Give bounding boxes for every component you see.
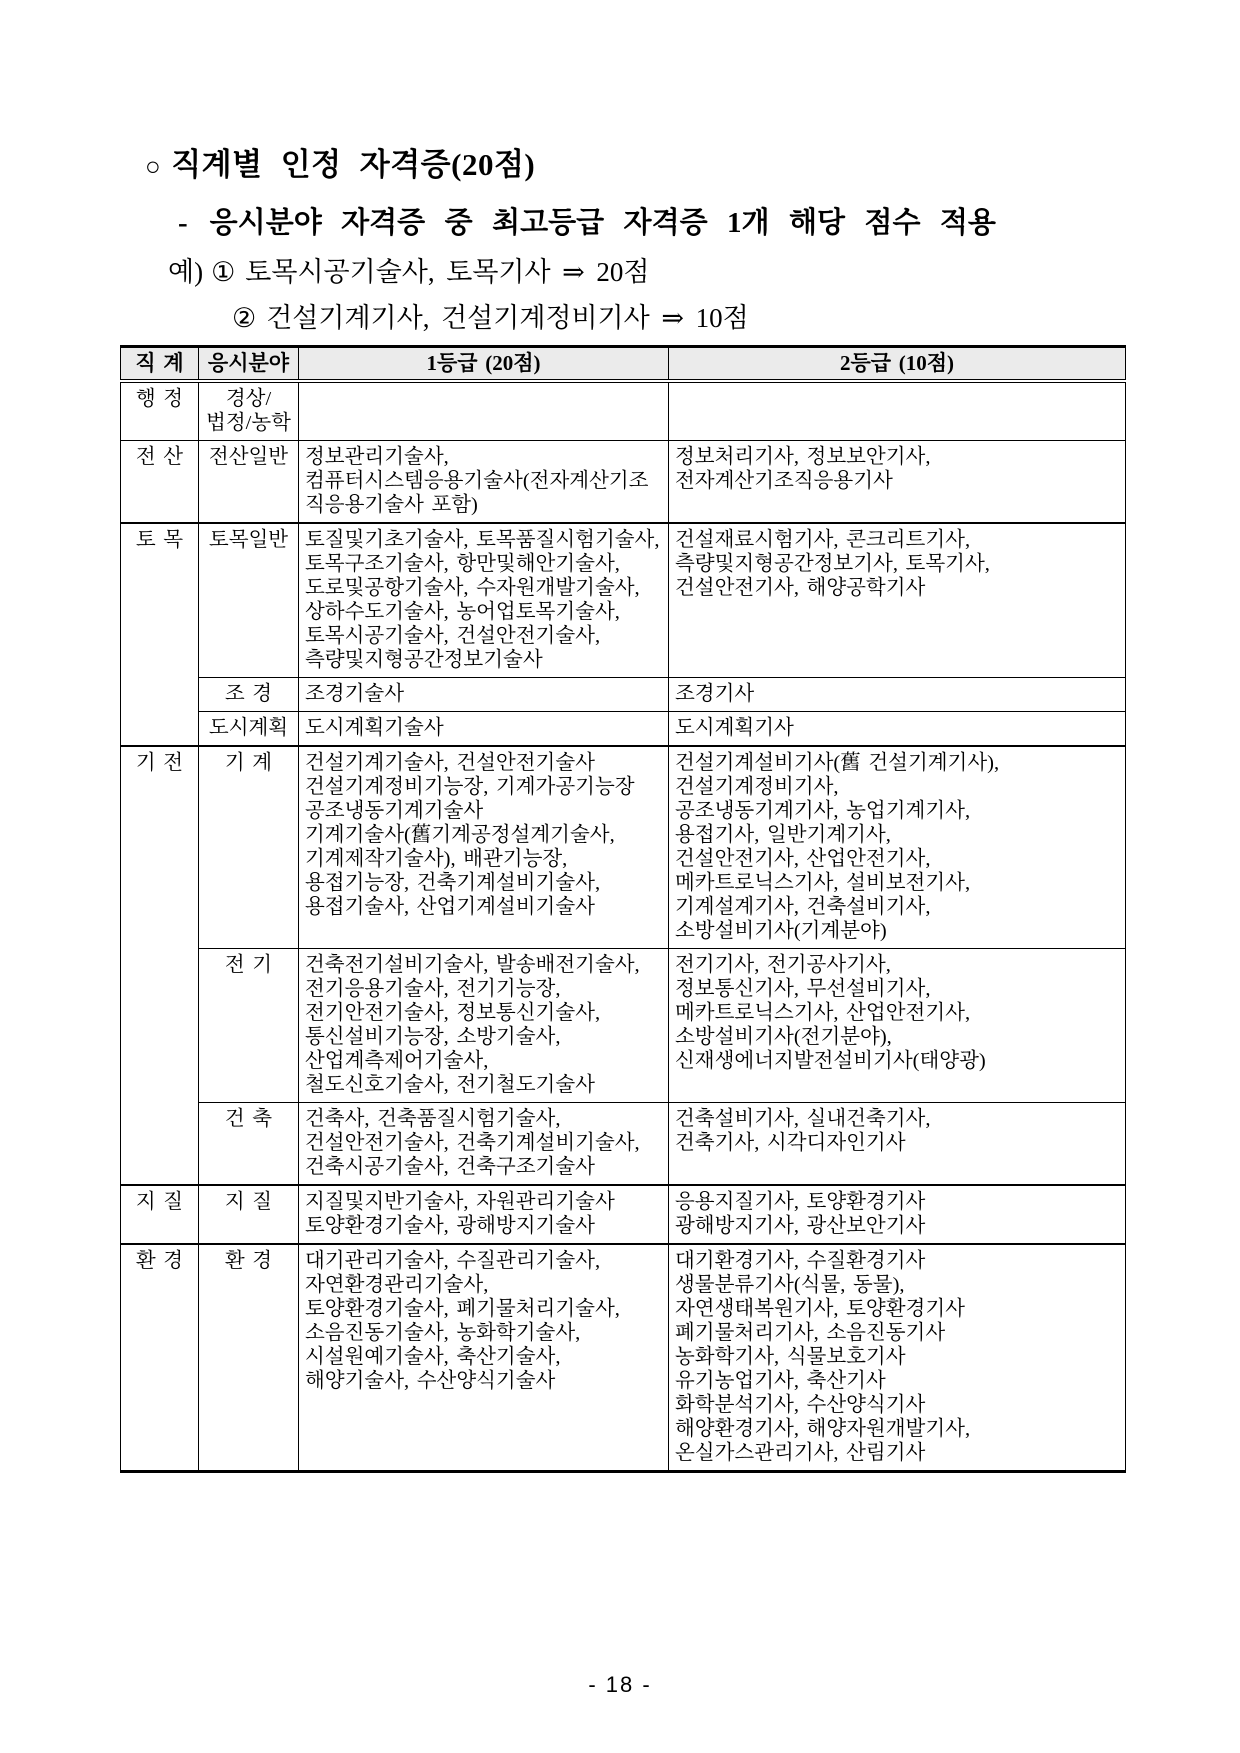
cell-field: 건 축 [199,1103,299,1186]
cell-grade2: 건설기계설비기사(舊 건설기계기사), 건설기계정비기사, 공조냉동기계기사, … [669,746,1126,949]
cell-group: 환 경 [121,1244,199,1472]
circle-bullet: ○ [145,152,161,181]
cell-field: 환 경 [199,1244,299,1472]
cell-group: 행 정 [121,381,199,441]
example-line-2: ②건설기계기사, 건설기계정비기사 ⇒ 10점 [232,299,1125,337]
cell-grade1: 건축전기설비기술사, 발송배전기술사, 전기응용기술사, 전기기능장, 전기안전… [299,949,669,1103]
example-line-1: 예)①토목시공기술사, 토목기사 ⇒ 20점 [168,253,1125,291]
sub-heading-text: 응시분야 자격증 중 최고등급 자격증 1개 해당 점수 적용 [210,207,996,239]
qualification-table: 직 계 응시분야 1등급 (20점) 2등급 (10점) 행 정 경상/ 법정/… [120,345,1126,1473]
example1-text: 토목시공기술사, 토목기사 ⇒ 20점 [245,257,649,287]
example1-number-icon: ① [211,257,235,287]
cell-grade2: 건설재료시험기사, 콘크리트기사, 측량및지형공간정보기사, 토목기사, 건설안… [669,523,1126,678]
table-row-geonchuk: 건 축 건축사, 건축품질시험기술사, 건설안전기술사, 건축기계설비기술사, … [121,1103,1126,1186]
table-row-jogyeong: 조 경 조경기술사 조경기사 [121,678,1126,712]
cell-field: 경상/ 법정/농학 [199,381,299,441]
cell-group: 전 산 [121,441,199,524]
table-row-jeonsan: 전 산 전산일반 정보관리기술사, 컴퓨터시스템응용기술사(전자계산기조 직응용… [121,441,1126,524]
table-row-haengjeong: 행 정 경상/ 법정/농학 [121,381,1126,441]
header-application-field: 응시분야 [199,347,299,382]
cell-field: 조 경 [199,678,299,712]
table-row-dosigyehoek: 도시계획 도시계획기술사 도시계획기사 [121,712,1126,747]
table-row-hwangyeong: 환 경 환 경 대기관리기술사, 수질관리기술사, 자연환경관리기술사, 토양환… [121,1244,1126,1472]
header-grade2: 2등급 (10점) [669,347,1126,382]
cell-grade2: 정보처리기사, 정보보안기사, 전자계산기조직응용기사 [669,441,1126,524]
cell-field: 전산일반 [199,441,299,524]
table-row-jijil: 지 질 지 질 지질및지반기술사, 자원관리기술사 토양환경기술사, 광해방지기… [121,1185,1126,1244]
cell-grade1: 조경기술사 [299,678,669,712]
section-title: 직계별 인정 자격증(20점) [171,147,535,182]
dash-bullet: - [178,207,188,239]
table-row-tomok-ilban: 토 목 토목일반 토질및기초기술사, 토목품질시험기술사, 토목구조기술사, 항… [121,523,1126,678]
table-row-gigye: 기 전 기 계 건설기계기술사, 건설안전기술사 건설기계정비기능장, 기계가공… [121,746,1126,949]
cell-grade2 [669,381,1126,441]
example2-number-icon: ② [232,303,256,333]
cell-grade1: 지질및지반기술사, 자원관리기술사 토양환경기술사, 광해방지기술사 [299,1185,669,1244]
document-page: ○직계별 인정 자격증(20점) -응시분야 자격증 중 최고등급 자격증 1개… [0,0,1240,1753]
page-number: - 18 - [0,1672,1240,1698]
cell-grade1: 대기관리기술사, 수질관리기술사, 자연환경관리기술사, 토양환경기술사, 폐기… [299,1244,669,1472]
cell-group: 지 질 [121,1185,199,1244]
header-grade1: 1등급 (20점) [299,347,669,382]
cell-grade1: 건축사, 건축품질시험기술사, 건설안전기술사, 건축기계설비기술사, 건축시공… [299,1103,669,1186]
cell-grade1 [299,381,669,441]
example2-text: 건설기계기사, 건설기계정비기사 ⇒ 10점 [266,303,748,333]
cell-grade1: 건설기계기술사, 건설안전기술사 건설기계정비기능장, 기계가공기능장 공조냉동… [299,746,669,949]
cell-field: 토목일반 [199,523,299,678]
header-job-series: 직 계 [121,347,199,382]
cell-grade2: 전기기사, 전기공사기사, 정보통신기사, 무선설비기사, 메카트로닉스기사, … [669,949,1126,1103]
cell-group: 기 전 [121,746,199,1185]
cell-grade2: 건축설비기사, 실내건축기사, 건축기사, 시각디자인기사 [669,1103,1126,1186]
table-row-jeongi: 전 기 건축전기설비기술사, 발송배전기술사, 전기응용기술사, 전기기능장, … [121,949,1126,1103]
cell-grade2: 응용지질기사, 토양환경기사 광해방지기사, 광산보안기사 [669,1185,1126,1244]
cell-group: 토 목 [121,523,199,746]
cell-field: 기 계 [199,746,299,949]
cell-field: 지 질 [199,1185,299,1244]
cell-grade1: 정보관리기술사, 컴퓨터시스템응용기술사(전자계산기조 직응용기술사 포함) [299,441,669,524]
cell-grade1: 도시계획기술사 [299,712,669,747]
sub-heading: -응시분야 자격증 중 최고등급 자격증 1개 해당 점수 적용 [178,204,1125,242]
cell-grade2: 도시계획기사 [669,712,1126,747]
cell-grade1: 토질및기초기술사, 토목품질시험기술사, 토목구조기술사, 항만및해안기술사, … [299,523,669,678]
cell-field: 전 기 [199,949,299,1103]
section-heading: ○직계별 인정 자격증(20점) [145,145,1125,187]
cell-field: 도시계획 [199,712,299,747]
cell-grade2: 대기환경기사, 수질환경기사 생물분류기사(식물, 동물), 자연생태복원기사,… [669,1244,1126,1472]
table-header-row: 직 계 응시분야 1등급 (20점) 2등급 (10점) [121,347,1126,382]
cell-grade2: 조경기사 [669,678,1126,712]
example-label: 예) [168,257,203,287]
